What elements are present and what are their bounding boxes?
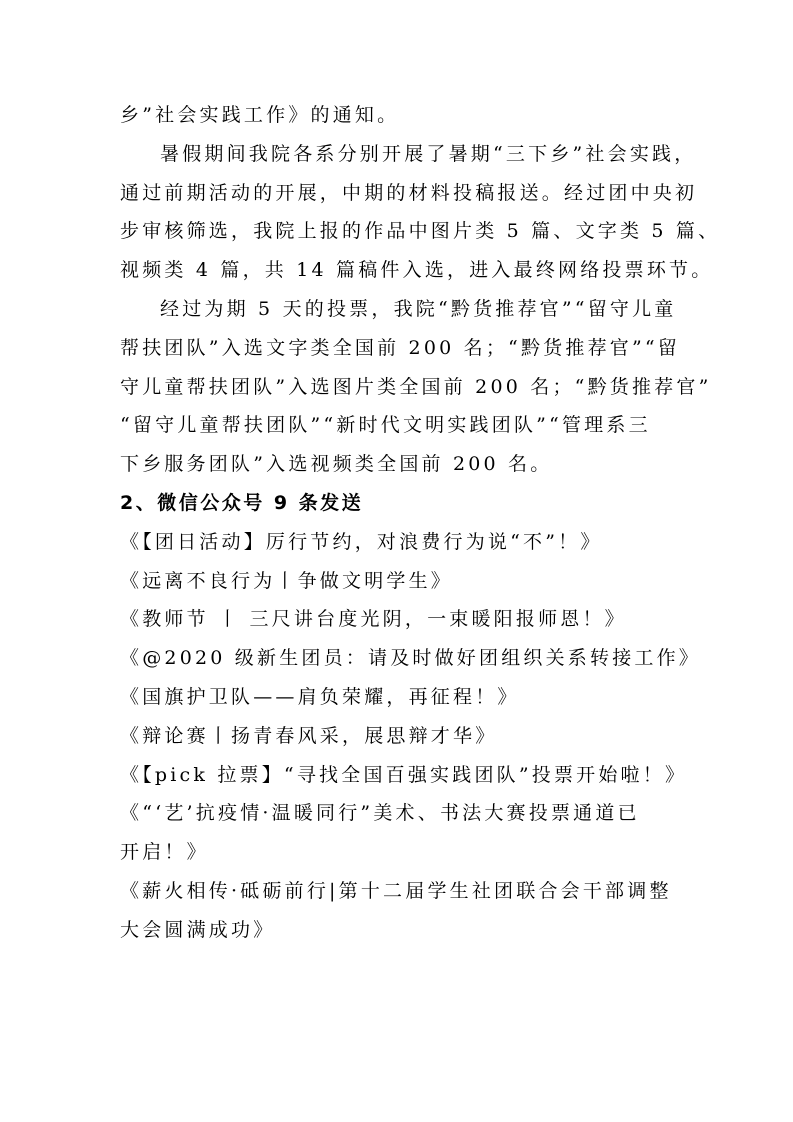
list-item: 《@2020 级新生团员：请及时做好团组织关系转接工作》 <box>120 639 672 678</box>
wechat-article-list: 《【团日活动】厉行节约，对浪费行为说“不”！》 《远离不良行为丨争做文明学生》 … <box>120 523 672 950</box>
list-item: 《教师节 丨 三尺讲台度光阴，一束暖阳报师恩！》 <box>120 600 672 639</box>
list-item: 《【pick 拉票】“寻找全国百强实践团队”投票开始啦！》 <box>120 756 672 795</box>
paragraph-line: 步审核筛选，我院上报的作品中图片类 5 篇、文字类 5 篇、 <box>120 212 672 251</box>
paragraph-line: 经过为期 5 天的投票，我院“黔货推荐官”“留守儿童 <box>120 290 672 329</box>
paragraph-line: 通过前期活动的开展，中期的材料投稿报送。经过团中央初 <box>120 174 672 213</box>
paragraph-line: “留守儿童帮扶团队”“新时代文明实践团队”“管理系三 <box>120 406 672 445</box>
paragraph-continuation: 乡”社会实践工作》的通知。 <box>120 96 672 135</box>
section-heading-wechat: 2、微信公众号 9 条发送 <box>120 484 672 523</box>
paragraph-line: 守儿童帮扶团队”入选图片类全国前 200 名；“黔货推荐官” <box>120 368 672 407</box>
paragraph-line: 暑假期间我院各系分别开展了暑期“三下乡”社会实践， <box>120 135 672 174</box>
paragraph-summer-practice: 暑假期间我院各系分别开展了暑期“三下乡”社会实践， 通过前期活动的开展，中期的材… <box>120 135 672 290</box>
paragraph-line: 视频类 4 篇，共 14 篇稿件入选，进入最终网络投票环节。 <box>120 251 672 290</box>
paragraph-voting-results: 经过为期 5 天的投票，我院“黔货推荐官”“留守儿童 帮扶团队”入选文字类全国前… <box>120 290 672 484</box>
list-item: 《【团日活动】厉行节约，对浪费行为说“不”！》 <box>120 523 672 562</box>
paragraph-line: 下乡服务团队”入选视频类全国前 200 名。 <box>120 445 672 484</box>
paragraph-line: 帮扶团队”入选文字类全国前 200 名；“黔货推荐官”“留 <box>120 329 672 368</box>
list-item: 大会圆满成功》 <box>120 911 672 950</box>
list-item: 《辩论赛丨扬青春风采，展思辩才华》 <box>120 717 672 756</box>
list-item: 《国旗护卫队——肩负荣耀，再征程！》 <box>120 678 672 717</box>
list-item: 《薪火相传·砥砺前行|第十二届学生社团联合会干部调整 <box>120 872 672 911</box>
list-item: 开启！》 <box>120 833 672 872</box>
document-page: 乡”社会实践工作》的通知。 暑假期间我院各系分别开展了暑期“三下乡”社会实践， … <box>120 96 672 950</box>
list-item: 《远离不良行为丨争做文明学生》 <box>120 562 672 601</box>
list-item: 《“‘艺’抗疫情·温暖同行”美术、书法大赛投票通道已 <box>120 794 672 833</box>
